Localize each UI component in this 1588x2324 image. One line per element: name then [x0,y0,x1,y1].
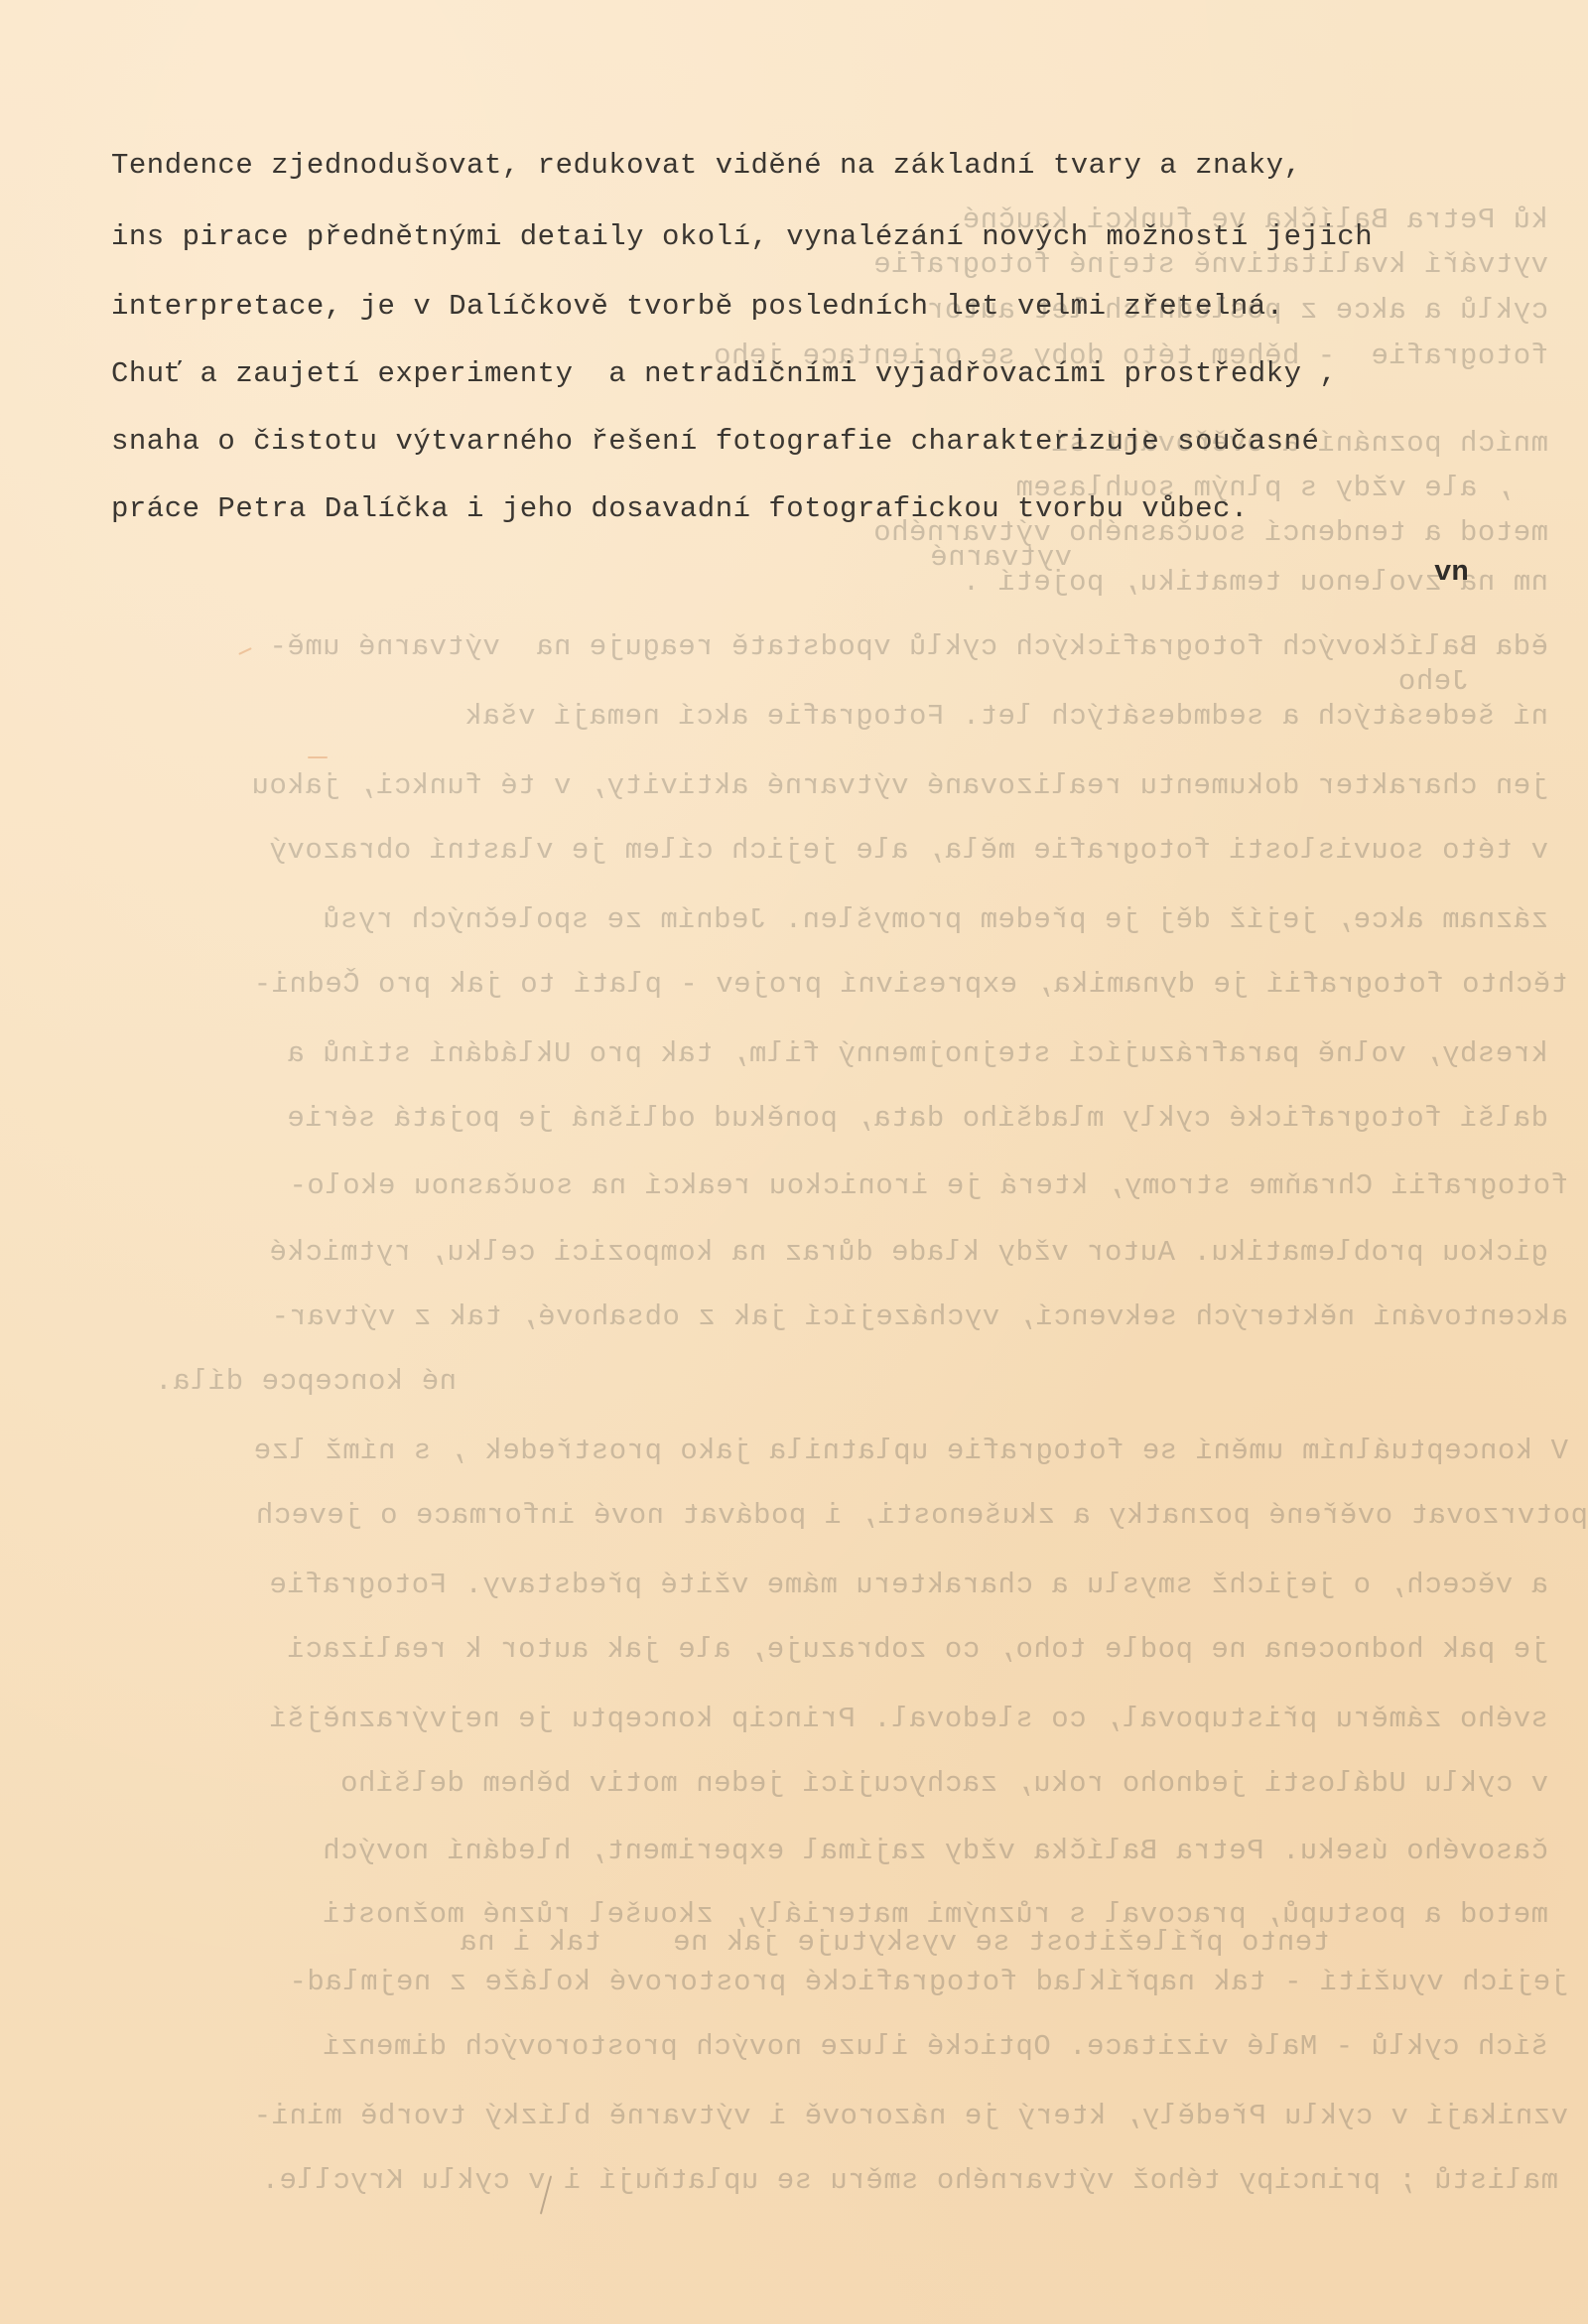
paper-background [0,0,1588,2324]
typed-line-5: snaha o čistotu výtvarného řešení fotogr… [111,425,1319,458]
handwritten-annotation: vn [1434,556,1469,589]
typed-line-1: Tendence zjednodušovat, redukovat viděné… [111,149,1302,182]
typed-line-2: ins pirace přednětnými detaily okolí, vy… [111,220,1373,253]
typed-line-6: práce Petra Dalíčka i jeho dosavadní fot… [111,492,1249,525]
typed-line-3: interpretace, je v Dalíčkově tvorbě posl… [111,290,1284,323]
paper-fiber [308,756,328,758]
typed-line-4: Chuť a zaujetí experimenty a netradičním… [111,357,1337,390]
